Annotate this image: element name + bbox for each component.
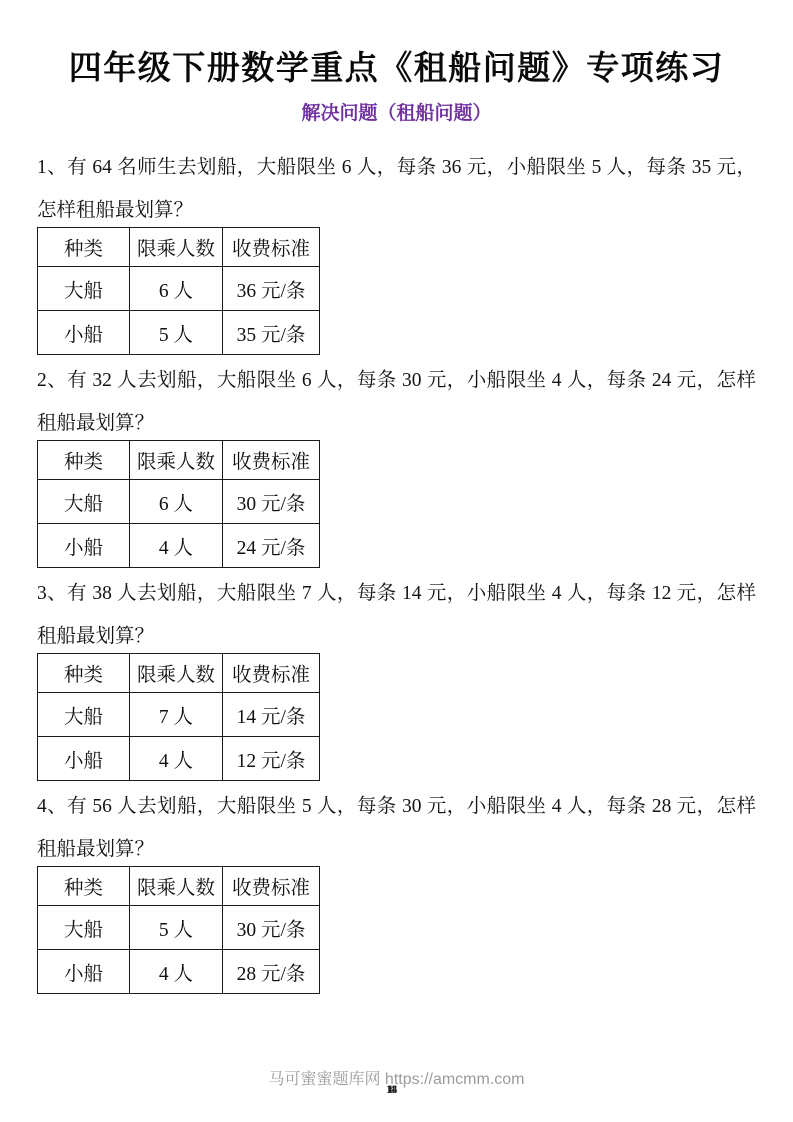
page-subtitle: 解决问题（租船问题）	[37, 103, 756, 125]
footer-site-line: 马可蜜蜜题库网 https://amcmm.com	[0, 1066, 793, 1089]
table-row: 小船 4 人 24 元/条	[38, 524, 320, 568]
cell-boat-type: 小船	[38, 311, 130, 355]
column-header-limit: 限乘人数	[130, 867, 223, 906]
cell-fee: 28 元/条	[223, 950, 320, 994]
column-header-fee: 收费标准	[223, 867, 320, 906]
column-header-type: 种类	[38, 228, 130, 267]
question-1-line-2: 怎样租船最划算？	[37, 189, 756, 232]
table-header-row: 种类 限乘人数 收费标准	[38, 867, 320, 906]
cell-fee: 30 元/条	[223, 480, 320, 524]
table-row: 大船 5 人 30 元/条	[38, 906, 320, 950]
question-3-table: 种类 限乘人数 收费标准 大船 7 人 14 元/条 小船 4 人 12 元/条	[37, 653, 320, 781]
column-header-limit: 限乘人数	[130, 441, 223, 480]
cell-limit: 5 人	[130, 906, 223, 950]
question-3-line-1: 3、有 38 人去划船，大船限坐 7 人，每条 14 元，小船限坐 4 人，每条…	[37, 572, 756, 615]
column-header-limit: 限乘人数	[130, 654, 223, 693]
column-header-type: 种类	[38, 441, 130, 480]
cell-boat-type: 大船	[38, 906, 130, 950]
cell-fee: 14 元/条	[223, 693, 320, 737]
question-4: 4、有 56 人去划船，大船限坐 5 人，每条 30 元，小船限坐 4 人，每条…	[37, 785, 756, 871]
question-1-table: 种类 限乘人数 收费标准 大船 6 人 36 元/条 小船 5 人 35 元/条	[37, 227, 320, 355]
table-header-row: 种类 限乘人数 收费标准	[38, 441, 320, 480]
cell-limit: 4 人	[130, 524, 223, 568]
page-number-overlap: 1144	[386, 1082, 393, 1097]
cell-fee: 12 元/条	[223, 737, 320, 781]
question-4-table: 种类 限乘人数 收费标准 大船 5 人 30 元/条 小船 4 人 28 元/条	[37, 866, 320, 994]
column-header-limit: 限乘人数	[130, 228, 223, 267]
cell-fee: 30 元/条	[223, 906, 320, 950]
question-4-line-2: 租船最划算？	[37, 828, 756, 871]
question-4-line-1: 4、有 56 人去划船，大船限坐 5 人，每条 30 元，小船限坐 4 人，每条…	[37, 785, 756, 828]
cell-boat-type: 小船	[38, 737, 130, 781]
table-row: 小船 4 人 12 元/条	[38, 737, 320, 781]
cell-fee: 36 元/条	[223, 267, 320, 311]
cell-limit: 4 人	[130, 737, 223, 781]
question-2-line-2: 租船最划算？	[37, 402, 756, 445]
cell-fee: 24 元/条	[223, 524, 320, 568]
column-header-type: 种类	[38, 654, 130, 693]
question-2-line-1: 2、有 32 人去划船，大船限坐 6 人，每条 30 元，小船限坐 4 人，每条…	[37, 359, 756, 402]
question-2: 2、有 32 人去划船，大船限坐 6 人，每条 30 元，小船限坐 4 人，每条…	[37, 359, 756, 445]
table-row: 大船 6 人 36 元/条	[38, 267, 320, 311]
cell-boat-type: 小船	[38, 950, 130, 994]
cell-limit: 4 人	[130, 950, 223, 994]
cell-boat-type: 大船	[38, 693, 130, 737]
cell-boat-type: 大船	[38, 480, 130, 524]
table-row: 大船 7 人 14 元/条	[38, 693, 320, 737]
cell-boat-type: 大船	[38, 267, 130, 311]
table-row: 大船 6 人 30 元/条	[38, 480, 320, 524]
question-2-table: 种类 限乘人数 收费标准 大船 6 人 30 元/条 小船 4 人 24 元/条	[37, 440, 320, 568]
cell-limit: 7 人	[130, 693, 223, 737]
table-header-row: 种类 限乘人数 收费标准	[38, 228, 320, 267]
column-header-fee: 收费标准	[223, 441, 320, 480]
table-row: 小船 5 人 35 元/条	[38, 311, 320, 355]
column-header-fee: 收费标准	[223, 654, 320, 693]
page-title: 四年级下册数学重点《租船问题》专项练习	[37, 0, 756, 90]
cell-fee: 35 元/条	[223, 311, 320, 355]
worksheet-page: 四年级下册数学重点《租船问题》专项练习 解决问题（租船问题） 1、有 64 名师…	[0, 0, 793, 1122]
table-header-row: 种类 限乘人数 收费标准	[38, 654, 320, 693]
column-header-type: 种类	[38, 867, 130, 906]
column-header-fee: 收费标准	[223, 228, 320, 267]
cell-limit: 5 人	[130, 311, 223, 355]
cell-boat-type: 小船	[38, 524, 130, 568]
cell-limit: 6 人	[130, 480, 223, 524]
question-1: 1、有 64 名师生去划船，大船限坐 6 人，每条 36 元，小船限坐 5 人，…	[37, 146, 756, 232]
question-1-line-1: 1、有 64 名师生去划船，大船限坐 6 人，每条 36 元，小船限坐 5 人，…	[37, 146, 756, 189]
cell-limit: 6 人	[130, 267, 223, 311]
question-3: 3、有 38 人去划船，大船限坐 7 人，每条 14 元，小船限坐 4 人，每条…	[37, 572, 756, 658]
question-3-line-2: 租船最划算？	[37, 615, 756, 658]
table-row: 小船 4 人 28 元/条	[38, 950, 320, 994]
